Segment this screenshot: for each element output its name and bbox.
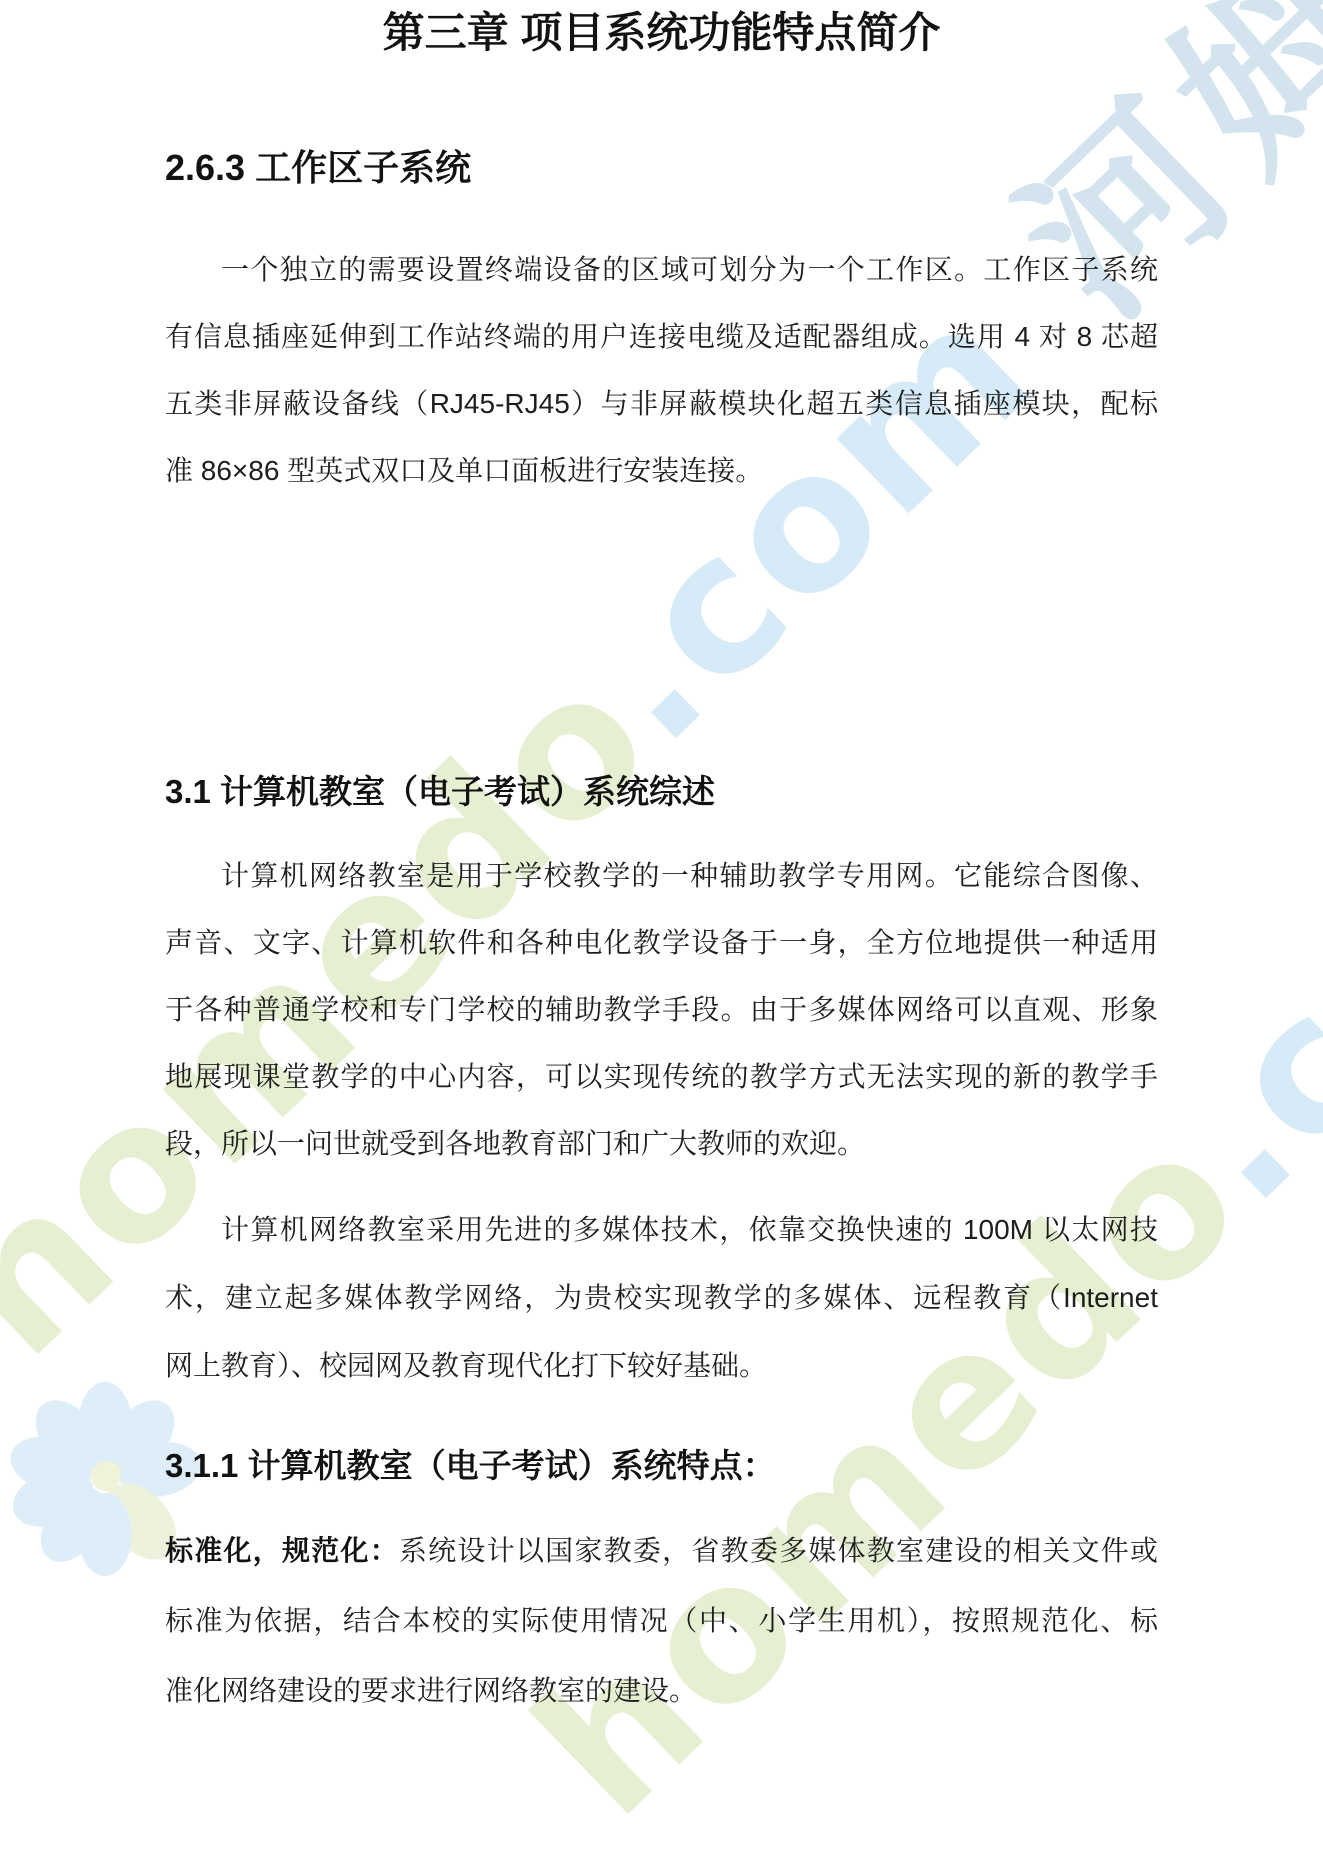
text-line: 地展现课堂教学的中心内容，可以实现传统的教学方式无法实现的新的教学手 <box>165 1043 1158 1110</box>
text-line: 于各种普通学校和专门学校的辅助教学手段。由于多媒体网络可以直观、形象 <box>165 976 1158 1043</box>
text-line: 段，所以一问世就受到各地教育部门和广大教师的欢迎。 <box>165 1110 1158 1177</box>
paragraph-overview-1: 计算机网络教室是用于学校教学的一种辅助教学专用网。它能综合图像、 声音、文字、计… <box>165 842 1158 1177</box>
text-line: 准 86×86 型英式双口及单口面板进行安装连接。 <box>165 437 1158 504</box>
heading-3-1: 3.1 计算机教室（电子考试）系统综述 <box>165 766 1158 813</box>
text-line: 网上教育）、校园网及教育现代化打下较好基础。 <box>165 1332 1158 1400</box>
chapter-title: 第三章 项目系统功能特点简介 <box>0 0 1323 60</box>
heading-2-6-3: 2.6.3 工作区子系统 <box>165 140 1158 191</box>
text-line: 准化网络建设的要求进行网络教室的建设。 <box>165 1656 1158 1726</box>
heading-3-1-1: 3.1.1 计算机教室（电子考试）系统特点： <box>165 1440 1158 1487</box>
text-line: 计算机网络教室是用于学校教学的一种辅助教学专用网。它能综合图像、 <box>165 842 1158 909</box>
paragraph-overview-2: 计算机网络教室采用先进的多媒体技术，依靠交换快速的 100M 以太网技 术，建立… <box>165 1196 1158 1400</box>
text-line: 计算机网络教室采用先进的多媒体技术，依靠交换快速的 100M 以太网技 <box>165 1196 1158 1264</box>
text-line: 一个独立的需要设置终端设备的区域可划分为一个工作区。工作区子系统 <box>165 236 1158 303</box>
paragraph-features: 标准化，规范化：系统设计以国家教委，省教委多媒体教室建设的相关文件或 标准为依据… <box>165 1516 1158 1726</box>
text-line: 有信息插座延伸到工作站终端的用户连接电缆及适配器组成。选用 4 对 8 芯超 <box>165 303 1158 370</box>
text-line: 标准化，规范化：系统设计以国家教委，省教委多媒体教室建设的相关文件或 <box>165 1516 1158 1586</box>
document-page: homedo.com 河姆渡 homedo.com 河姆渡 2.6.3 工作区子… <box>0 0 1323 1871</box>
bold-lead-label: 标准化，规范化： <box>165 1535 399 1566</box>
text-line: 声音、文字、计算机软件和各种电化教学设备于一身，全方位地提供一种适用 <box>165 909 1158 976</box>
text-run: 系统设计以国家教委，省教委多媒体教室建设的相关文件或 <box>399 1535 1158 1566</box>
paragraph-workarea: 一个独立的需要设置终端设备的区域可划分为一个工作区。工作区子系统 有信息插座延伸… <box>165 236 1158 504</box>
document-content: 2.6.3 工作区子系统 一个独立的需要设置终端设备的区域可划分为一个工作区。工… <box>0 0 1323 1871</box>
text-line: 五类非屏蔽设备线（RJ45-RJ45）与非屏蔽模块化超五类信息插座模块，配标 <box>165 370 1158 437</box>
text-line: 标准为依据，结合本校的实际使用情况（中、小学生用机），按照规范化、标 <box>165 1586 1158 1656</box>
text-line: 术，建立起多媒体教学网络，为贵校实现教学的多媒体、远程教育（Internet <box>165 1264 1158 1332</box>
